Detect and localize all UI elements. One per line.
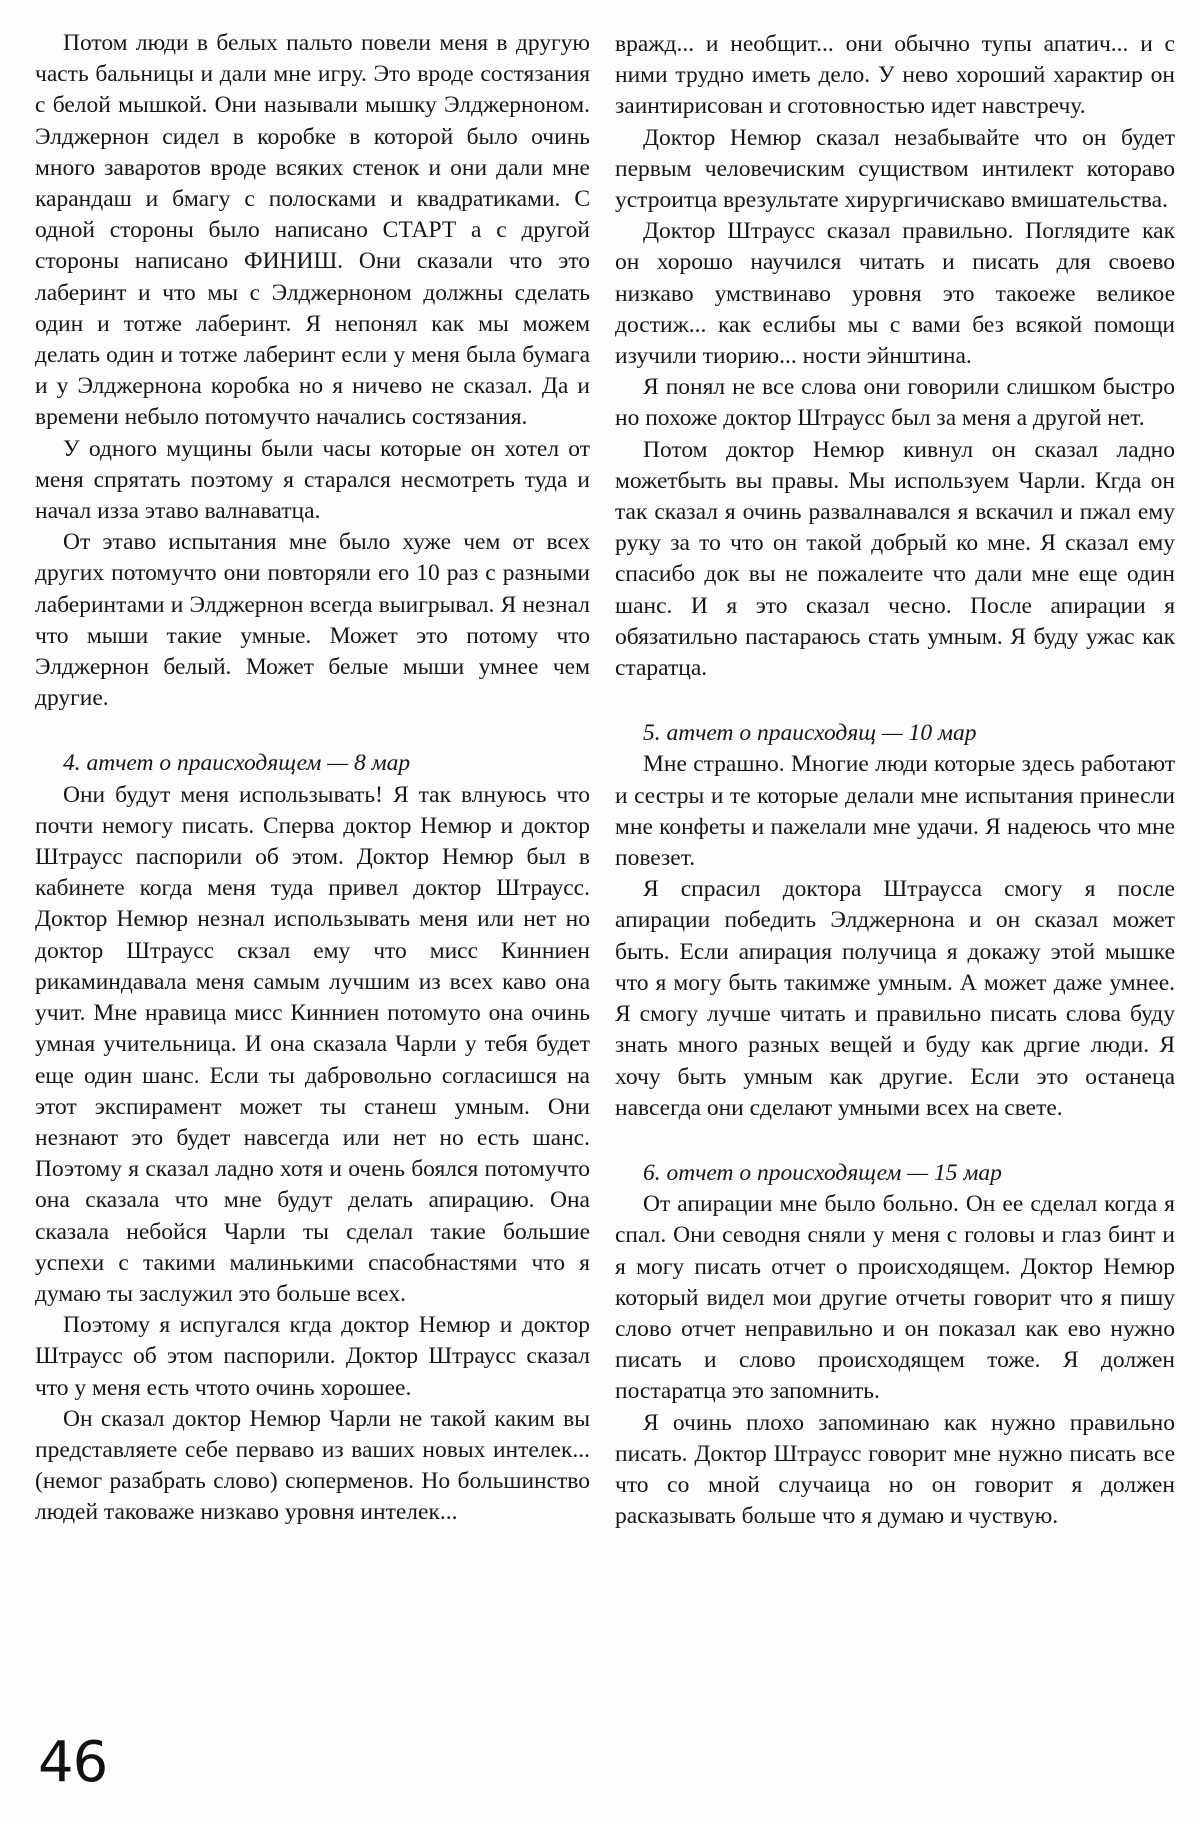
report-6-heading: 6. отчет о происходящем — 15 мар: [615, 1158, 1175, 1189]
report-4-section: 4. атчет о праисходящем — 8 мар Они буду…: [35, 748, 590, 1528]
paragraph: Я понял не все слова они говорили слишко…: [615, 372, 1175, 434]
paragraph: Они будут меня использывать! Я так влную…: [35, 780, 590, 1310]
paragraph: От этаво испытания мне было хуже чем от …: [35, 527, 590, 714]
right-column: вражд... и необщит... они обычно тупы ап…: [615, 29, 1175, 1532]
report-5-section: 5. атчет о праисходящ — 10 мар Мне страш…: [615, 718, 1175, 1124]
paragraph: Доктор Немюр сказал незабывайте что он б…: [615, 123, 1175, 217]
paragraph: Доктор Штраусс сказал правильно. Погляди…: [615, 216, 1175, 372]
page-number: 46: [38, 1735, 107, 1791]
paragraph: От апирации мне было больно. Он ее сдела…: [615, 1189, 1175, 1407]
paragraph: Поэтому я испугался кгда доктор Немюр и …: [35, 1310, 590, 1404]
paragraph: Потом люди в белых пальто повели меня в …: [35, 28, 590, 434]
paragraph: Я очинь плохо запоминаю как нужно правил…: [615, 1408, 1175, 1533]
paragraph: У одного мущины были часы которые он хот…: [35, 434, 590, 528]
report-6-section: 6. отчет о происходящем — 15 мар От апир…: [615, 1158, 1175, 1532]
paragraph: Он сказал доктор Немюр Чарли не такой ка…: [35, 1404, 590, 1529]
report-5-heading: 5. атчет о праисходящ — 10 мар: [615, 718, 1175, 749]
paragraph-continued: вражд... и необщит... они обычно тупы ап…: [615, 29, 1175, 123]
report-4-heading: 4. атчет о праисходящем — 8 мар: [35, 748, 590, 779]
paragraph: Потом доктор Немюр кивнул он сказал ладн…: [615, 435, 1175, 685]
left-column: Потом люди в белых пальто повели меня в …: [35, 28, 590, 1529]
paragraph: Я спрасил доктора Штраусса смогу я после…: [615, 874, 1175, 1124]
paragraph: Мне страшно. Многие люди которые здесь р…: [615, 749, 1175, 874]
